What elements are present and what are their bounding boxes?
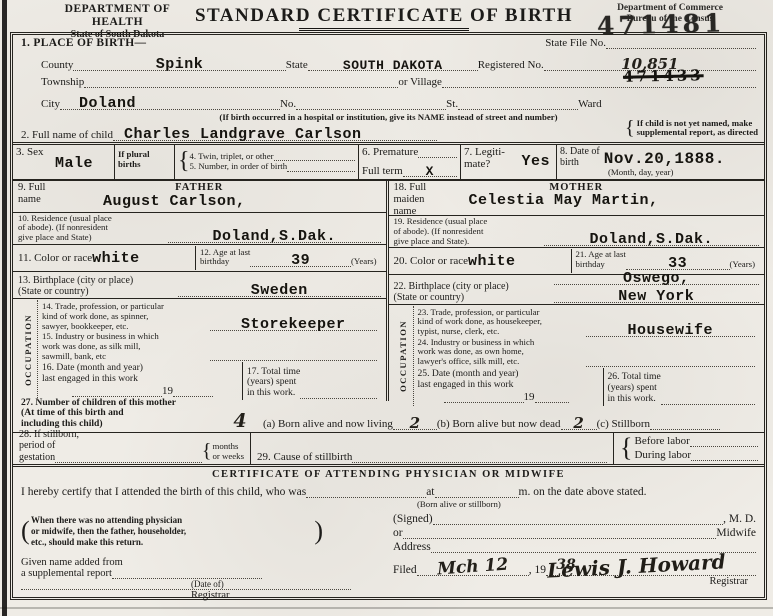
dob-format-note: (Month, day, year) <box>608 168 761 178</box>
signed-row: (Signed) , M. D. <box>393 513 756 525</box>
born-alive-living-value: 2 <box>410 414 420 432</box>
filed-label: Filed <box>393 564 417 576</box>
document-title: STANDARD CERTIFICATE OF BIRTH <box>195 5 573 27</box>
mother-residence-label: 19. Residence (usual place of abode). (I… <box>394 217 544 247</box>
father-birthplace-row: 13. Birthplace (city or place) (State or… <box>13 272 386 299</box>
mother-occupation-strip: OCCUPATION <box>394 306 414 405</box>
mother-trade-field: Housewife <box>586 319 756 337</box>
stillborn-count-field <box>650 429 720 430</box>
father-age-l2: birthday <box>200 257 250 267</box>
before-labor-label: Before labor <box>634 435 689 447</box>
city-field: Doland <box>60 92 280 110</box>
gestation-l3: gestation <box>19 452 55 463</box>
gestation-unit-l2: or weeks <box>212 452 244 462</box>
children-summary-label: 27. Number of children of this mother (A… <box>21 398 217 430</box>
child-naming-note: If child is not yet named, make suppleme… <box>625 117 758 140</box>
no-attending-l1: When there was no attending physician <box>31 515 311 526</box>
mother-total-time-cell: 26. Total time (years) spent in this wor… <box>604 368 760 405</box>
father-age-label: 12. Age at last birthday <box>200 248 250 268</box>
father-age-cell: 12. Age at last birthday 39 (Years) <box>196 246 381 270</box>
twin-row: 4. Twin, triplet, or other <box>190 152 355 162</box>
mother-industry-label: 24. Industry or business in which work w… <box>418 338 586 368</box>
vitals-row: 3. Sex Male If plural births 4. Twin, tr… <box>13 145 764 181</box>
born-alive-living-field: 2 <box>393 411 437 430</box>
section-place-of-birth: 471433 1. PLACE OF BIRTH— State File No.… <box>13 35 764 123</box>
children-l3: including this child) <box>21 419 217 430</box>
father-birthplace-field: Sweden <box>178 279 381 297</box>
father-last-engaged-label: 16. Date (month and year) last engaged i… <box>42 363 238 384</box>
midwife-signed-field <box>403 538 717 539</box>
twin-order-lines: 4. Twin, triplet, or other 5. Number, in… <box>190 151 355 174</box>
father-age-field: 39 <box>250 249 351 267</box>
premature-label: 6. Premature <box>362 146 418 158</box>
father-birthplace-l1: 13. Birthplace (city or place) <box>18 275 178 286</box>
mother-trade-value: Housewife <box>627 322 713 339</box>
mother-residence-field: Doland,S.Dak. <box>544 228 760 246</box>
certify-statement-row: I hereby certify that I attended the bir… <box>21 486 756 498</box>
city-label: City <box>41 98 60 110</box>
county-value: Spink <box>156 56 204 73</box>
father-occupation-vertical-label: OCCUPATION <box>23 314 33 386</box>
parents-section: FATHER 9. Full name August Carlson, 10. … <box>13 181 764 401</box>
date-of-label: (Date of) <box>191 579 383 589</box>
brace-glyph <box>178 148 190 175</box>
state-value: SOUTH DAKOTA <box>343 58 443 73</box>
place-header-row: 1. PLACE OF BIRTH— State File No. <box>21 37 756 49</box>
place-of-birth-label: 1. PLACE OF BIRTH— <box>21 37 146 49</box>
mother-occupation-vertical-label: OCCUPATION <box>398 320 408 392</box>
child-name-label: 2. Full name of child <box>21 129 113 141</box>
certify-suffix: m. on the date above stated. <box>519 486 647 498</box>
state-file-label: State File No. <box>545 37 606 49</box>
stillborn-count-label: (c) Stillborn <box>597 418 650 430</box>
father-industry-label: 15. Industry or business in which work w… <box>42 332 210 362</box>
filed-row: Filed Mch 12 , 19 38 Lewis J. Howard <box>393 555 756 576</box>
left-brace-glyph <box>625 117 637 140</box>
mother-date-l2: last engaged in this work <box>418 380 599 391</box>
village-field <box>442 87 756 88</box>
mother-year-line: 19 <box>418 391 599 405</box>
father-date-l2: last engaged in this work <box>42 374 238 385</box>
gestation-unit-lines: months or weeks <box>212 442 244 462</box>
hospital-note: (If birth occurred in a hospital or inst… <box>219 113 557 123</box>
father-industry-field <box>210 360 377 361</box>
cause-of-stillbirth-label: 29. Cause of stillbirth <box>257 451 352 463</box>
no-attending-l3: etc., should make this return. <box>31 537 311 548</box>
father-residence-l3: give place and State) <box>18 233 168 243</box>
mother-race-label: 20. Color or race <box>394 255 469 267</box>
signed-label: (Signed) <box>393 513 433 525</box>
father-total-time-field <box>300 398 376 399</box>
state-field: SOUTH DAKOTA <box>308 55 478 71</box>
physician-left-column: When there was no attending physician or… <box>21 511 393 604</box>
mother-birthplace-field1: Oswego, <box>554 267 760 285</box>
mother-birthplace-l2: (State or country) <box>394 292 554 303</box>
child-name-row: 2. Full name of child Charles Landgrave … <box>13 123 764 145</box>
father-industry-row: 15. Industry or business in which work w… <box>38 332 381 362</box>
father-year-line: 19 <box>42 385 238 399</box>
father-total-time-cell: 17. Total time (years) spent in this wor… <box>243 362 381 399</box>
premature-row: 6. Premature <box>362 146 457 158</box>
given-name-l2: a supplemental report <box>21 568 112 579</box>
gestation-field <box>55 462 202 463</box>
mother-birthplace-l1: 22. Birthplace (city or place) <box>394 281 554 292</box>
mother-birthplace-fields: Oswego, New York <box>554 267 760 303</box>
father-age-unit: (Years) <box>351 257 377 267</box>
mother-industry-field <box>586 366 756 367</box>
mother-last-engaged-cell: 25. Date (month and year) last engaged i… <box>414 368 604 405</box>
dob-value: Nov.20,1888. <box>604 150 725 168</box>
father-year-field-pre <box>72 396 162 397</box>
children-total-value: 4 <box>217 410 263 432</box>
father-residence-value: Doland,S.Dak. <box>212 228 336 245</box>
midwife-row: or Midwife <box>393 527 756 539</box>
father-year-field <box>173 396 213 397</box>
father-occupation-block: OCCUPATION 14. Trade, profession, or par… <box>13 299 386 400</box>
supplemental-report-line: a supplemental report <box>21 568 383 579</box>
father-birthplace-value: Sweden <box>251 282 308 299</box>
born-alive-dead-label: (b) Born alive but now dead <box>437 418 561 430</box>
left-registrar-label: Registrar <box>191 590 383 601</box>
gestation-label: 28. If stillborn, period of gestation <box>19 429 202 463</box>
father-trade-label: 14. Trade, profession, or particular kin… <box>42 302 210 332</box>
mother-birthplace-row: 22. Birthplace (city or place) (State or… <box>389 275 765 305</box>
ward-label: Ward <box>578 98 602 110</box>
mother-residence-l3: give place and State). <box>394 237 544 247</box>
city-value: Doland <box>79 95 136 112</box>
dob-label-line1: 8. Date of <box>560 146 600 157</box>
born-status-field <box>306 497 426 498</box>
left-registrar-block: Registrar <box>21 589 383 604</box>
father-age-value: 39 <box>291 252 310 269</box>
date-of-birth-cell: 8. Date of birth Nov.20,1888. (Month, da… <box>557 145 764 179</box>
certificate-form: 471433 1. PLACE OF BIRTH— State File No.… <box>10 32 767 600</box>
mother-race-cell: 20. Color or race white <box>394 249 572 273</box>
gestation-cell: 28. If stillborn, period of gestation mo… <box>13 433 251 464</box>
born-alive-living-label: (a) Born alive and now living <box>263 418 393 430</box>
legitimate-cell: 7. Legiti- mate? Yes <box>461 145 557 179</box>
child-note-line2: supplemental report, as directed <box>637 128 758 138</box>
mother-birthplace-value1: Oswego, <box>623 270 690 287</box>
child-name-field: Charles Landgrave Carlson <box>113 123 438 141</box>
legitimate-value: Yes <box>521 153 550 170</box>
father-date-total-row: 16. Date (month and year) last engaged i… <box>38 362 381 399</box>
gestation-l1: 28. If stillborn, <box>19 429 202 440</box>
stillbirth-row: 28. If stillborn, period of gestation mo… <box>13 433 764 467</box>
village-label: or Village <box>398 76 441 88</box>
city-row: City Doland No. St. Ward <box>21 92 756 110</box>
father-race-label: 11. Color or race <box>18 252 92 264</box>
mother-residence-row: 19. Residence (usual place of abode). (I… <box>389 216 765 249</box>
father-birthplace-l2: (State or country) <box>18 286 178 297</box>
gestation-line: gestation <box>19 452 202 463</box>
mother-total-time-field <box>661 404 755 405</box>
time-field <box>435 497 519 498</box>
mother-occupation-block: OCCUPATION 23. Trade, profession, or par… <box>389 305 765 406</box>
mother-residence-value: Doland,S.Dak. <box>589 231 713 248</box>
physician-certificate-section: CERTIFICATE OF ATTENDING PHYSICIAN OR MI… <box>13 467 764 604</box>
father-name-value: August Carlson, <box>103 193 246 210</box>
father-race-age-row: 11. Color or race white 12. Age at last … <box>13 245 386 272</box>
father-trade-value: Storekeeper <box>241 316 346 333</box>
mother-trade-row: 23. Trade, profession, or particular kin… <box>414 306 760 338</box>
order-field <box>287 171 355 172</box>
no-attending-l2: or midwife, then the father, householder… <box>31 526 311 537</box>
born-alive-note: (Born alive or stillborn) <box>417 499 756 509</box>
father-trade-field: Storekeeper <box>210 313 377 331</box>
father-last-engaged-cell: 16. Date (month and year) last engaged i… <box>38 362 243 399</box>
cause-of-stillbirth-field <box>352 462 607 463</box>
mother-year-field-pre <box>444 402 524 403</box>
filed-year-prefix: , 19 <box>529 564 546 576</box>
before-labor-field <box>690 446 758 447</box>
mother-date-total-row: 25. Date (month and year) last engaged i… <box>414 368 760 405</box>
physician-right-column: (Signed) , M. D. or Midwife Address <box>393 511 756 604</box>
cancelled-number-stamp: 471433 <box>623 66 704 85</box>
dept-health-name: DEPARTMENT OF HEALTH <box>40 3 195 29</box>
father-residence-field: Doland,S.Dak. <box>168 225 381 243</box>
mother-column: MOTHER 18. Full maiden name Celestia May… <box>389 181 765 401</box>
township-field <box>84 87 398 88</box>
full-term-label: Full term <box>362 165 403 177</box>
during-labor-row: During labor <box>634 449 758 461</box>
or-label: or <box>393 527 403 539</box>
mother-year-field <box>535 402 569 403</box>
state-label: State <box>286 59 308 71</box>
gestation-l2: period of <box>19 440 202 451</box>
child-naming-note-text: If child is not yet named, make suppleme… <box>637 119 758 139</box>
mother-trade-l3: typist, nurse, clerk, etc. <box>418 327 586 337</box>
sex-value: Male <box>55 155 93 172</box>
township-label: Township <box>41 76 84 88</box>
born-alive-dead-value: 2 <box>573 414 583 432</box>
mother-name-value: Celestia May Martin, <box>469 192 659 209</box>
father-column: FATHER 9. Full name August Carlson, 10. … <box>13 181 389 401</box>
street-no-field <box>296 109 446 110</box>
mother-race-value: white <box>468 253 516 270</box>
mother-year-prefix: 19 <box>524 391 535 403</box>
dob-label-line2: birth <box>560 157 600 168</box>
filed-date-field: Mch 12 <box>417 555 529 576</box>
birth-certificate-scan: DEPARTMENT OF HEALTH State of South Dako… <box>0 0 773 616</box>
premature-cell: 6. Premature Full term X <box>359 145 461 179</box>
certify-prefix: I hereby certify that I attended the bir… <box>21 486 306 498</box>
father-name-row: FATHER 9. Full name August Carlson, <box>13 181 386 213</box>
full-term-row: Full term X <box>362 161 457 177</box>
filed-month-day-value: Mch 12 <box>437 554 509 579</box>
street-no-label: No. <box>280 98 296 110</box>
county-field: Spink <box>73 53 285 71</box>
certify-at-label: at <box>426 486 434 498</box>
mother-occupation-rows: 23. Trade, profession, or particular kin… <box>414 306 760 405</box>
mother-total-l3: in this work. <box>608 394 661 405</box>
father-year-prefix: 19 <box>162 385 173 397</box>
address-label: Address <box>393 541 431 553</box>
mother-industry-l3: lawyer's office, silk mill, etc. <box>418 357 586 367</box>
father-residence-label: 10. Residence (usual place of abode). (I… <box>18 214 168 244</box>
mother-birthplace-field2: New York <box>554 285 760 303</box>
dob-top: 8. Date of birth Nov.20,1888. <box>560 146 761 168</box>
supplemental-date-field <box>112 578 262 579</box>
father-total-time-label: 17. Total time (years) spent in this wor… <box>247 367 300 399</box>
child-name-value: Charles Landgrave Carlson <box>124 126 362 143</box>
midwife-label: Midwife <box>716 527 756 539</box>
during-labor-field <box>691 460 758 461</box>
plural-births-cell: If plural births <box>115 145 175 179</box>
before-labor-row: Before labor <box>634 435 758 447</box>
labor-cell: Before labor During labor <box>614 433 764 464</box>
mother-birthplace-label: 22. Birthplace (city or place) (State or… <box>394 281 554 303</box>
mother-trade-label: 23. Trade, profession, or particular kin… <box>418 308 586 338</box>
father-industry-l3: sawmill, bank, etc <box>42 352 210 362</box>
physician-section-title: CERTIFICATE OF ATTENDING PHYSICIAN OR MI… <box>21 469 756 480</box>
father-occupation-rows: 14. Trade, profession, or particular kin… <box>38 300 381 399</box>
state-file-field <box>606 48 756 49</box>
full-term-field: X <box>403 161 457 177</box>
twin-order-cell: 4. Twin, triplet, or other 5. Number, in… <box>175 145 359 179</box>
document-title-wrap: STANDARD CERTIFICATE OF BIRTH <box>195 5 573 31</box>
order-row: 5. Number, in order of birth <box>190 162 355 172</box>
order-label: 5. Number, in order of birth <box>190 162 288 172</box>
father-birthplace-label: 13. Birthplace (city or place) (State or… <box>18 275 178 297</box>
mother-industry-row: 24. Industry or business in which work w… <box>414 338 760 368</box>
father-column-title: FATHER <box>13 182 386 193</box>
scan-edge-artifact <box>2 0 7 616</box>
mother-total-time-label: 26. Total time (years) spent in this wor… <box>608 372 661 404</box>
mother-last-engaged-label: 25. Date (month and year) last engaged i… <box>418 369 599 390</box>
signed-field <box>433 524 723 525</box>
cause-of-stillbirth-cell: 29. Cause of stillbirth <box>251 433 614 464</box>
given-name-l1: Given name added from <box>21 557 383 568</box>
father-residence-row: 10. Residence (usual place of abode). (I… <box>13 213 386 246</box>
mother-birthplace-value2: New York <box>618 288 694 305</box>
mother-name-row: MOTHER 18. Full maiden name Celestia May… <box>389 181 765 216</box>
labor-lines: Before labor During labor <box>634 433 758 463</box>
federal-department: Department of Commerce Bureau of the Cen… <box>573 3 767 26</box>
father-total-l3: in this work. <box>247 388 300 399</box>
st-label: St. <box>446 98 458 110</box>
during-labor-label: During labor <box>634 449 691 461</box>
physician-columns: When there was no attending physician or… <box>21 511 756 604</box>
twin-label: 4. Twin, triplet, or other <box>190 152 274 162</box>
father-trade-l3: sawyer, bookkeeper, etc. <box>42 322 210 332</box>
full-term-value: X <box>426 164 434 179</box>
given-name-added-block: Given name added from a supplemental rep… <box>21 557 383 589</box>
county-label: County <box>41 59 73 71</box>
born-alive-dead-field: 2 <box>561 411 597 430</box>
sex-cell: 3. Sex Male <box>13 145 115 179</box>
premature-field <box>418 157 457 158</box>
father-trade-row: 14. Trade, profession, or particular kin… <box>38 300 381 332</box>
registered-no-label: Registered No. <box>478 59 544 71</box>
gestation-unit: months or weeks <box>202 440 244 462</box>
no-attending-note: When there was no attending physician or… <box>21 511 321 549</box>
father-race-value: white <box>92 250 140 267</box>
father-occupation-strip: OCCUPATION <box>18 300 38 399</box>
title-underline <box>299 28 469 31</box>
md-label: , M. D. <box>723 513 756 525</box>
st-field <box>458 109 578 110</box>
father-race-cell: 11. Color or race white <box>18 246 196 270</box>
plural-label-line2: births <box>118 160 171 170</box>
dob-label: 8. Date of birth <box>560 146 600 168</box>
sex-label: 3. Sex <box>16 146 44 158</box>
paper-bottom-edge <box>0 607 773 609</box>
